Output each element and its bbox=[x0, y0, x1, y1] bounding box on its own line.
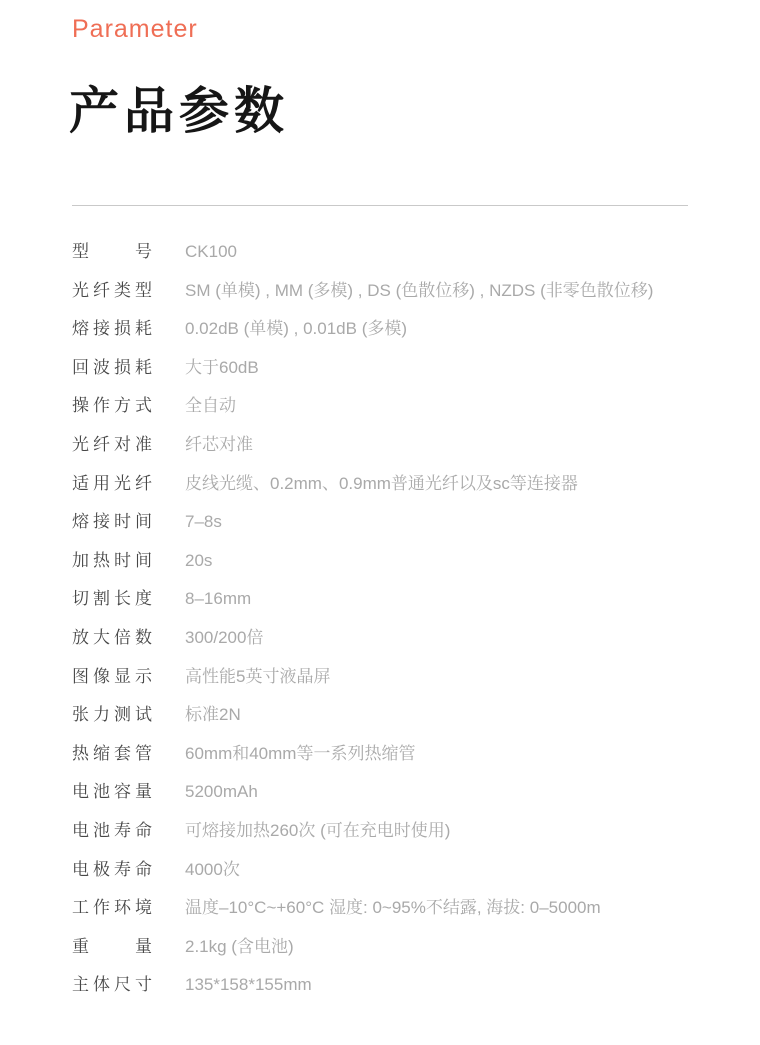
parameter-label: 重量 bbox=[72, 937, 152, 957]
parameter-label: 适用光纤 bbox=[72, 474, 152, 494]
parameter-value: 60mm和40mm等一系列热缩管 bbox=[185, 744, 415, 764]
parameter-label: 电池寿命 bbox=[72, 821, 152, 841]
parameter-row: 图像显示高性能5英寸液晶屏 bbox=[72, 658, 730, 697]
parameter-value: 纤芯对准 bbox=[185, 435, 253, 455]
parameter-label: 型号 bbox=[72, 242, 152, 262]
parameter-row: 加热时间20s bbox=[72, 542, 730, 581]
parameter-value: CK100 bbox=[185, 242, 237, 262]
parameter-label: 主体尺寸 bbox=[72, 975, 152, 995]
parameter-label: 放大倍数 bbox=[72, 628, 152, 648]
parameter-row: 操作方式全自动 bbox=[72, 387, 730, 426]
parameter-row: 电池寿命可熔接加热260次 (可在充电时使用) bbox=[72, 812, 730, 851]
parameter-row: 光纤类型SM (单模) , MM (多模) , DS (色散位移) , NZDS… bbox=[72, 272, 730, 311]
parameter-label: 熔接损耗 bbox=[72, 319, 152, 339]
parameter-row: 电极寿命4000次 bbox=[72, 851, 730, 890]
parameter-row: 工作环境温度–10°C~+60°C 湿度: 0~95%不结露, 海拔: 0–50… bbox=[72, 889, 730, 928]
parameter-row: 熔接时间7–8s bbox=[72, 503, 730, 542]
parameter-value: 4000次 bbox=[185, 860, 240, 880]
parameter-label: 操作方式 bbox=[72, 396, 152, 416]
parameter-row: 张力测试标准2N bbox=[72, 696, 730, 735]
parameter-value: 20s bbox=[185, 551, 212, 571]
parameter-label: 熔接时间 bbox=[72, 512, 152, 532]
parameter-label: 切割长度 bbox=[72, 589, 152, 609]
parameter-value: 2.1kg (含电池) bbox=[185, 937, 294, 957]
parameter-value: SM (单模) , MM (多模) , DS (色散位移) , NZDS (非零… bbox=[185, 281, 653, 301]
parameter-row: 放大倍数300/200倍 bbox=[72, 619, 730, 658]
parameter-row: 重量2.1kg (含电池) bbox=[72, 928, 730, 967]
parameter-value: 300/200倍 bbox=[185, 628, 263, 648]
product-parameter-page: Parameter 产品参数 型号CK100光纤类型SM (单模) , MM (… bbox=[0, 0, 760, 1045]
parameter-row: 切割长度8–16mm bbox=[72, 580, 730, 619]
parameter-label: 热缩套管 bbox=[72, 744, 152, 764]
parameter-row: 回波损耗大于60dB bbox=[72, 349, 730, 388]
parameter-row: 热缩套管60mm和40mm等一系列热缩管 bbox=[72, 735, 730, 774]
parameter-label: 电极寿命 bbox=[72, 860, 152, 880]
parameter-value: 可熔接加热260次 (可在充电时使用) bbox=[185, 821, 450, 841]
parameter-row: 电池容量5200mAh bbox=[72, 773, 730, 812]
parameter-value: 高性能5英寸液晶屏 bbox=[185, 667, 330, 687]
parameter-label: 光纤对准 bbox=[72, 435, 152, 455]
parameter-value: 大于60dB bbox=[185, 358, 259, 378]
parameter-label: 光纤类型 bbox=[72, 281, 152, 301]
parameter-row: 光纤对准纤芯对准 bbox=[72, 426, 730, 465]
parameter-label: 张力测试 bbox=[72, 705, 152, 725]
parameter-value: 5200mAh bbox=[185, 782, 258, 802]
parameter-value: 温度–10°C~+60°C 湿度: 0~95%不结露, 海拔: 0–5000m bbox=[185, 898, 601, 918]
parameter-value: 全自动 bbox=[185, 396, 236, 416]
parameter-value: 0.02dB (单模) , 0.01dB (多模) bbox=[185, 319, 407, 339]
parameter-value: 标准2N bbox=[185, 705, 241, 725]
parameter-row: 型号CK100 bbox=[72, 233, 730, 272]
parameter-value: 8–16mm bbox=[185, 589, 251, 609]
parameter-label: 电池容量 bbox=[72, 782, 152, 802]
parameter-label: 图像显示 bbox=[72, 667, 152, 687]
parameter-list: 型号CK100光纤类型SM (单模) , MM (多模) , DS (色散位移)… bbox=[72, 233, 730, 1005]
parameter-value: 135*158*155mm bbox=[185, 975, 312, 995]
parameter-value: 皮线光缆、0.2mm、0.9mm普通光纤以及sc等连接器 bbox=[185, 474, 578, 494]
parameter-value: 7–8s bbox=[185, 512, 222, 532]
parameter-row: 主体尺寸135*158*155mm bbox=[72, 966, 730, 1005]
parameter-label: 加热时间 bbox=[72, 551, 152, 571]
parameter-label: 回波损耗 bbox=[72, 358, 152, 378]
parameter-row: 适用光纤皮线光缆、0.2mm、0.9mm普通光纤以及sc等连接器 bbox=[72, 465, 730, 504]
parameter-row: 熔接损耗0.02dB (单模) , 0.01dB (多模) bbox=[72, 310, 730, 349]
section-eyebrow: Parameter bbox=[72, 17, 198, 42]
divider bbox=[72, 205, 688, 206]
page-title: 产品参数 bbox=[69, 84, 289, 139]
parameter-label: 工作环境 bbox=[72, 898, 152, 918]
